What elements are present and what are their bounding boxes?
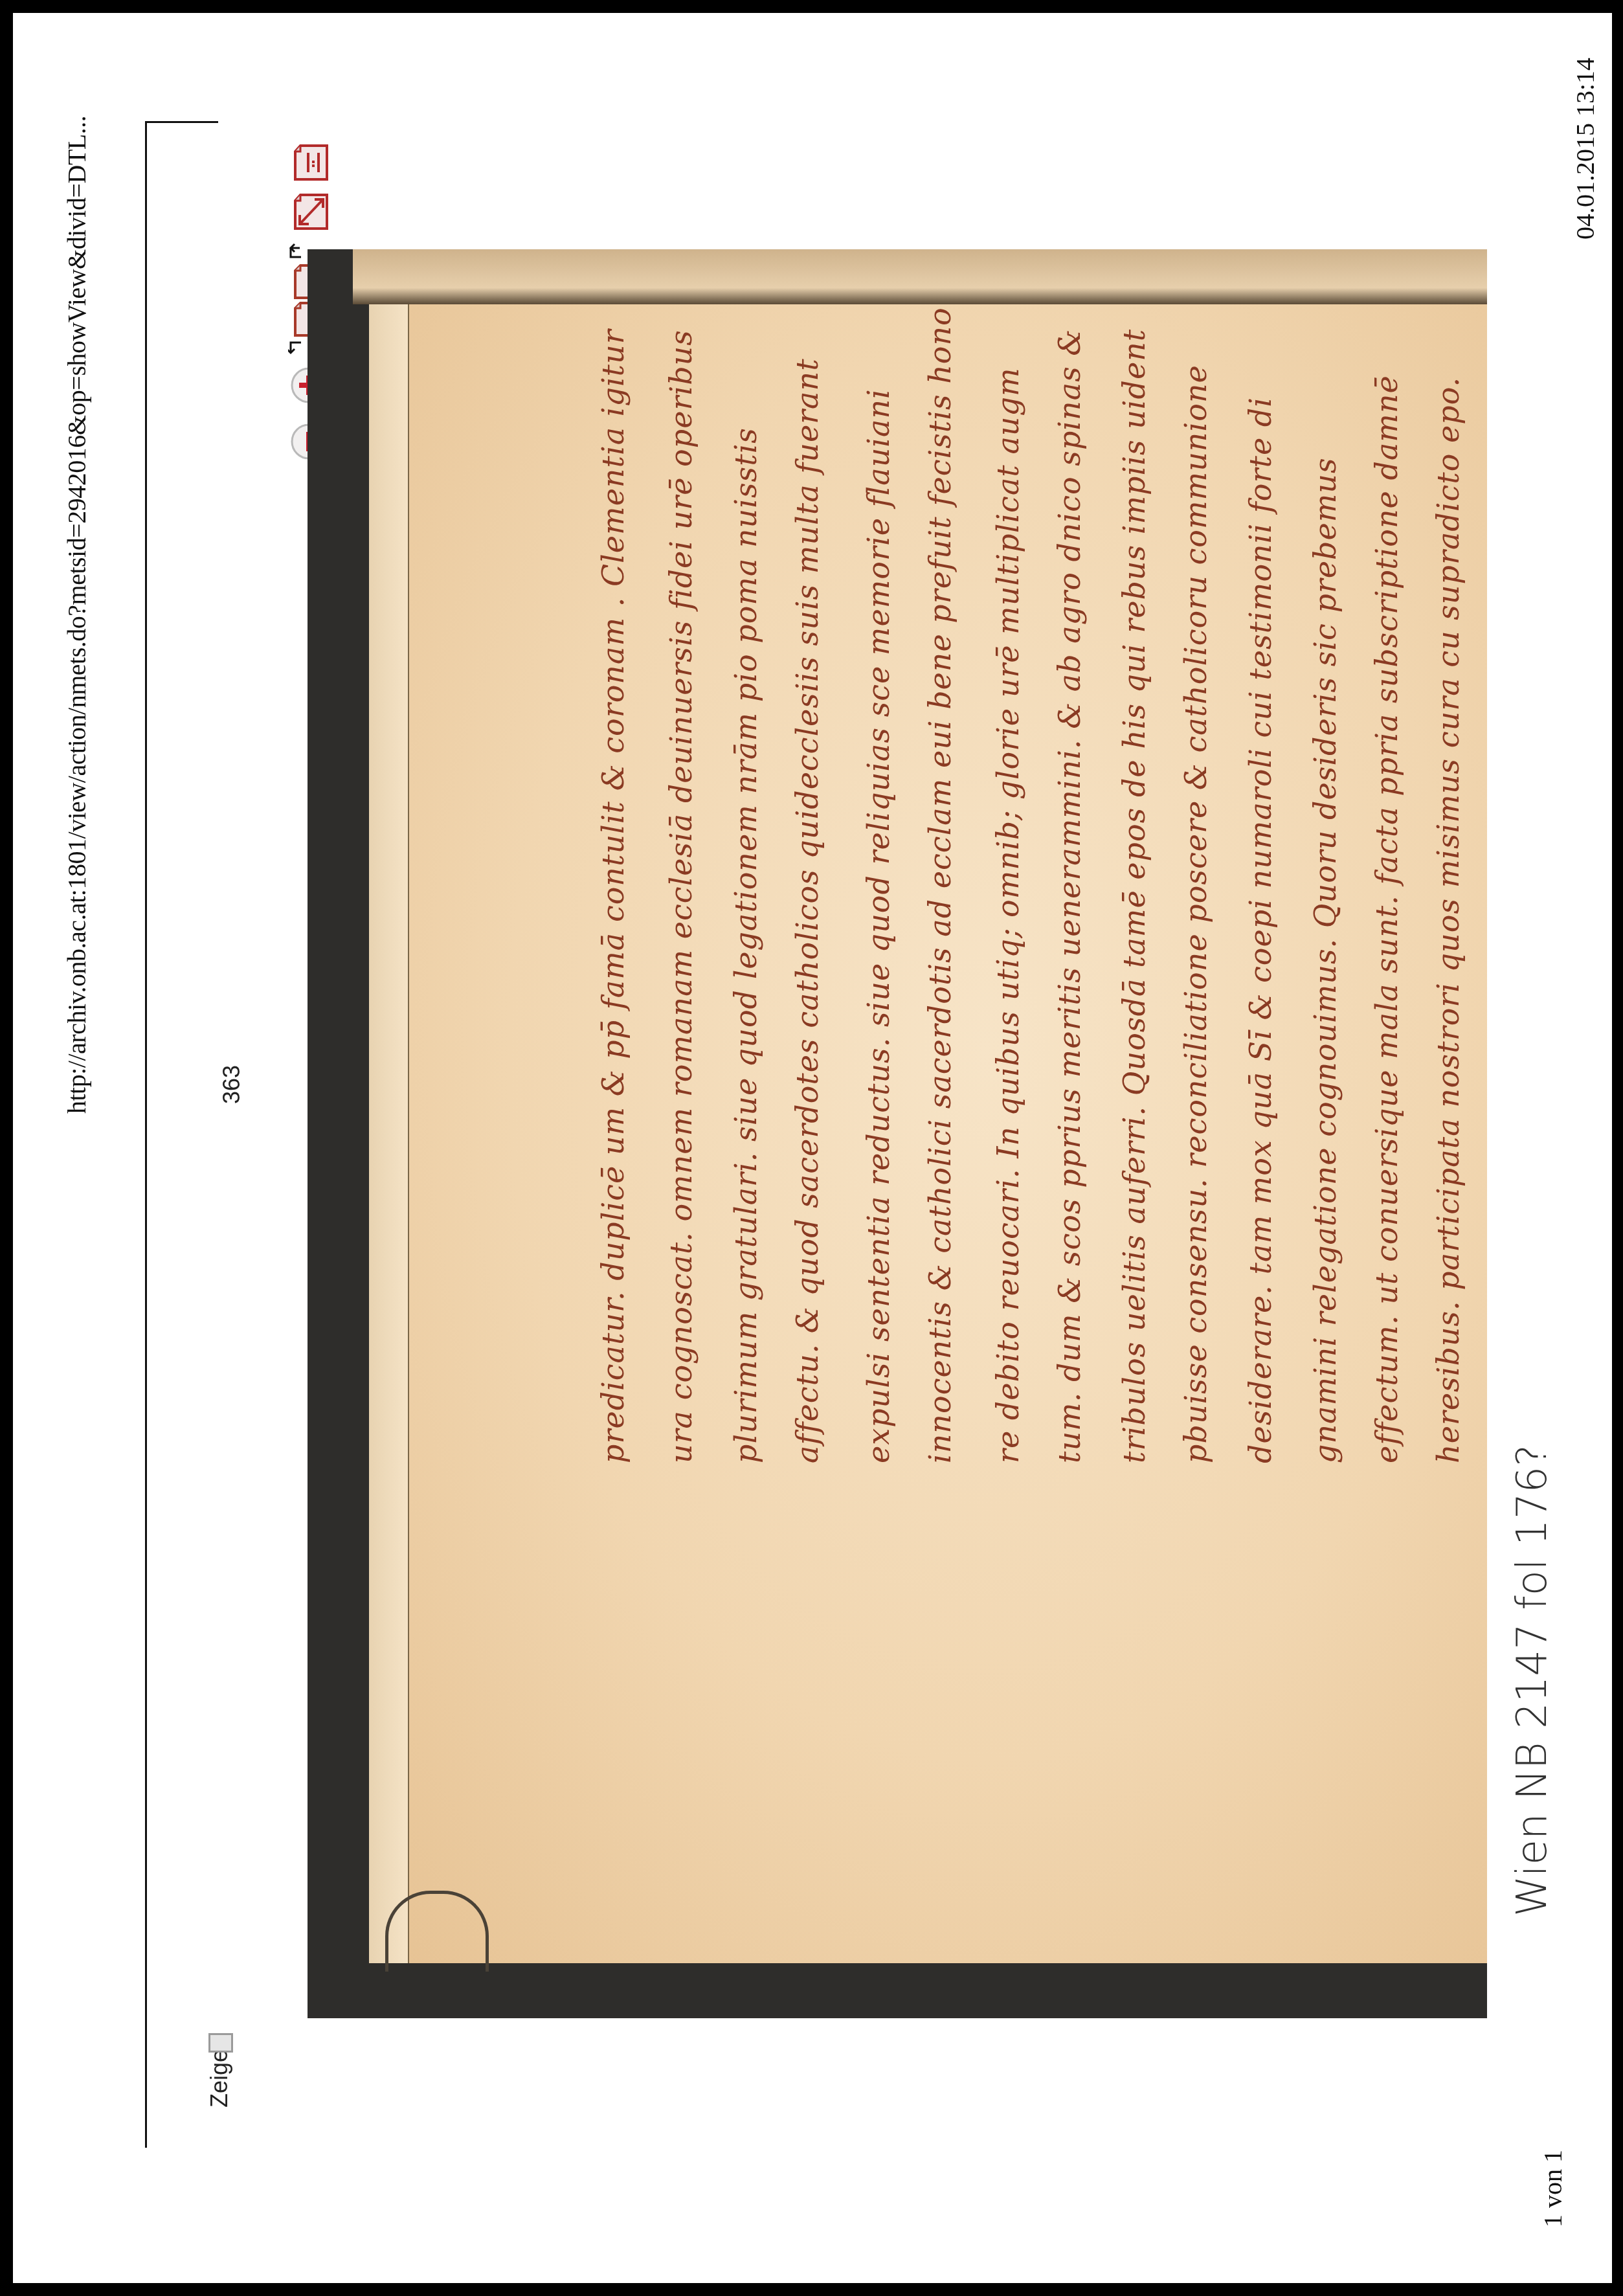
manuscript-line: re debito reuocari. In quibus utiq; omni…: [991, 367, 1025, 1463]
facing-page-edge: [353, 249, 1487, 304]
manuscript-line: innocentis & catholici sacerdotis ad ecc…: [923, 307, 957, 1463]
manuscript-line: tribulos uelitis auferri. Quosdā tamē ep…: [1117, 329, 1152, 1463]
one-to-one-page-icon: [293, 144, 329, 181]
handwritten-annotation: Wien NB 2147 fol 176?: [1508, 1445, 1556, 1917]
manuscript-line: affectu. & quod sacerdotes catholicos qu…: [790, 358, 825, 1463]
page-fold-edge: [369, 304, 409, 1963]
manuscript-line: desiderare. tam mox quā Sī & coepi numar…: [1243, 397, 1278, 1463]
print-url: http://archiv.onb.ac.at:1801/view/action…: [62, 116, 92, 1114]
fit-to-window-button[interactable]: [293, 193, 329, 231]
manuscript-line: gnamini relegatione cognouimus. Quoru de…: [1308, 457, 1343, 1463]
manuscript-image[interactable]: predicatur. duplicē um & pp̄ famā contul…: [308, 249, 1487, 2018]
manuscript-line: heresibus. participata nostrori quos mis…: [1431, 377, 1466, 1463]
manuscript-line: pbuisse consensu. reconciliatione poscer…: [1178, 365, 1213, 1463]
bookmark-tab: [385, 1891, 489, 1972]
print-page-count: 1 von 1: [1538, 2150, 1568, 2227]
manuscript-line: ura cognoscat. omnem romanam ecclesiā de…: [664, 330, 699, 1463]
manuscript-line: tum. dum & scos pprius meritis uenerammi…: [1052, 329, 1087, 1463]
print-timestamp: 04.01.2015 13:14: [1570, 58, 1600, 240]
manuscript-line: plurimum gratulari. siue quod legationem…: [728, 427, 763, 1463]
manuscript-line: expulsi sententia reductus. siue quod re…: [861, 388, 896, 1463]
manuscript-line: effectum. ut conuersique mala sunt. fact…: [1369, 375, 1404, 1463]
manuscript-line: predicatur. duplicē um & pp̄ famā contul…: [596, 329, 631, 1463]
show-checkbox[interactable]: [208, 2033, 233, 2053]
expand-page-icon: [293, 193, 329, 231]
viewer-frame-left-border: [145, 121, 147, 2148]
page-number-label: 363: [218, 1065, 245, 1104]
actual-size-button[interactable]: [293, 144, 329, 181]
viewer-frame-top-border: [146, 121, 218, 123]
